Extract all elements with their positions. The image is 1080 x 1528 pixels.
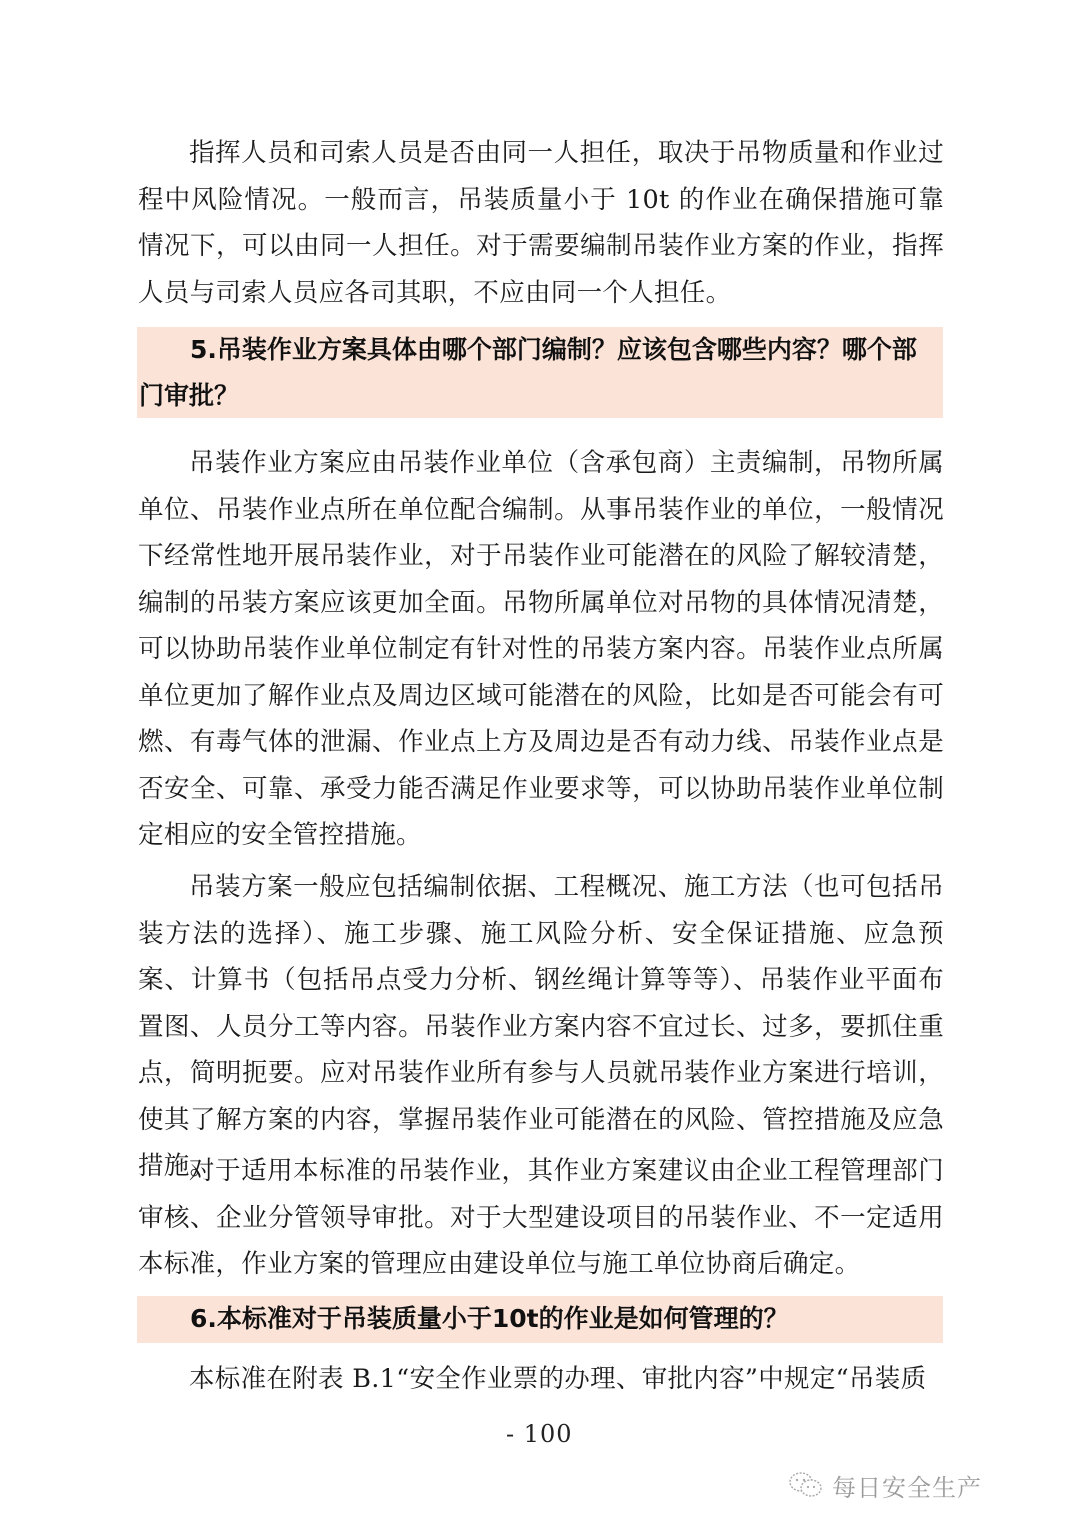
paragraph-block-section6-p1: 本标准在附表 B.1“安全作业票的办理、审批内容”中规定“吊装质 — [138, 1356, 944, 1403]
section-heading-5: 5.吊装作业方案具体由哪个部门编制？应该包含哪些内容？哪个部门审批？ — [137, 327, 943, 418]
section-heading-6: 6.本标准对于吊装质量小于10t的作业是如何管理的？ — [137, 1296, 943, 1343]
watermark-text: 每日安全生产 — [832, 1468, 982, 1503]
body-paragraph: 吊装作业方案应由吊装作业单位（含承包商）主责编制，吊物所属单位、吊装作业点所在单… — [138, 440, 944, 859]
section-heading-5-text: 5.吊装作业方案具体由哪个部门编制？应该包含哪些内容？哪个部门审批？ — [137, 327, 935, 419]
paragraph-block-section5-p2: 吊装方案一般应包括编制依据、工程概况、施工方法（也可包括吊装方法的选择）、施工步… — [138, 864, 944, 1190]
paragraph-block-section5-p3: 对于适用本标准的吊装作业，其作业方案建议由企业工程管理部门审核、企业分管领导审批… — [138, 1148, 944, 1288]
body-paragraph: 吊装方案一般应包括编制依据、工程概况、施工方法（也可包括吊装方法的选择）、施工步… — [138, 864, 944, 1190]
watermark: 每日安全生产 — [788, 1468, 982, 1503]
body-paragraph: 指挥人员和司索人员是否由同一人担任，取决于吊物质量和作业过程中风险情况。一般而言… — [138, 130, 944, 316]
wechat-icon — [788, 1471, 824, 1501]
paragraph-block-section4-tail: 指挥人员和司索人员是否由同一人担任，取决于吊物质量和作业过程中风险情况。一般而言… — [138, 130, 944, 316]
page-number: - 100 — [506, 1420, 573, 1448]
paragraph-block-section5-p1: 吊装作业方案应由吊装作业单位（含承包商）主责编制，吊物所属单位、吊装作业点所在单… — [138, 440, 944, 859]
section-heading-6-text: 6.本标准对于吊装质量小于10t的作业是如何管理的？ — [137, 1296, 935, 1342]
body-paragraph: 对于适用本标准的吊装作业，其作业方案建议由企业工程管理部门审核、企业分管领导审批… — [138, 1148, 944, 1288]
body-paragraph: 本标准在附表 B.1“安全作业票的办理、审批内容”中规定“吊装质 — [138, 1356, 944, 1403]
